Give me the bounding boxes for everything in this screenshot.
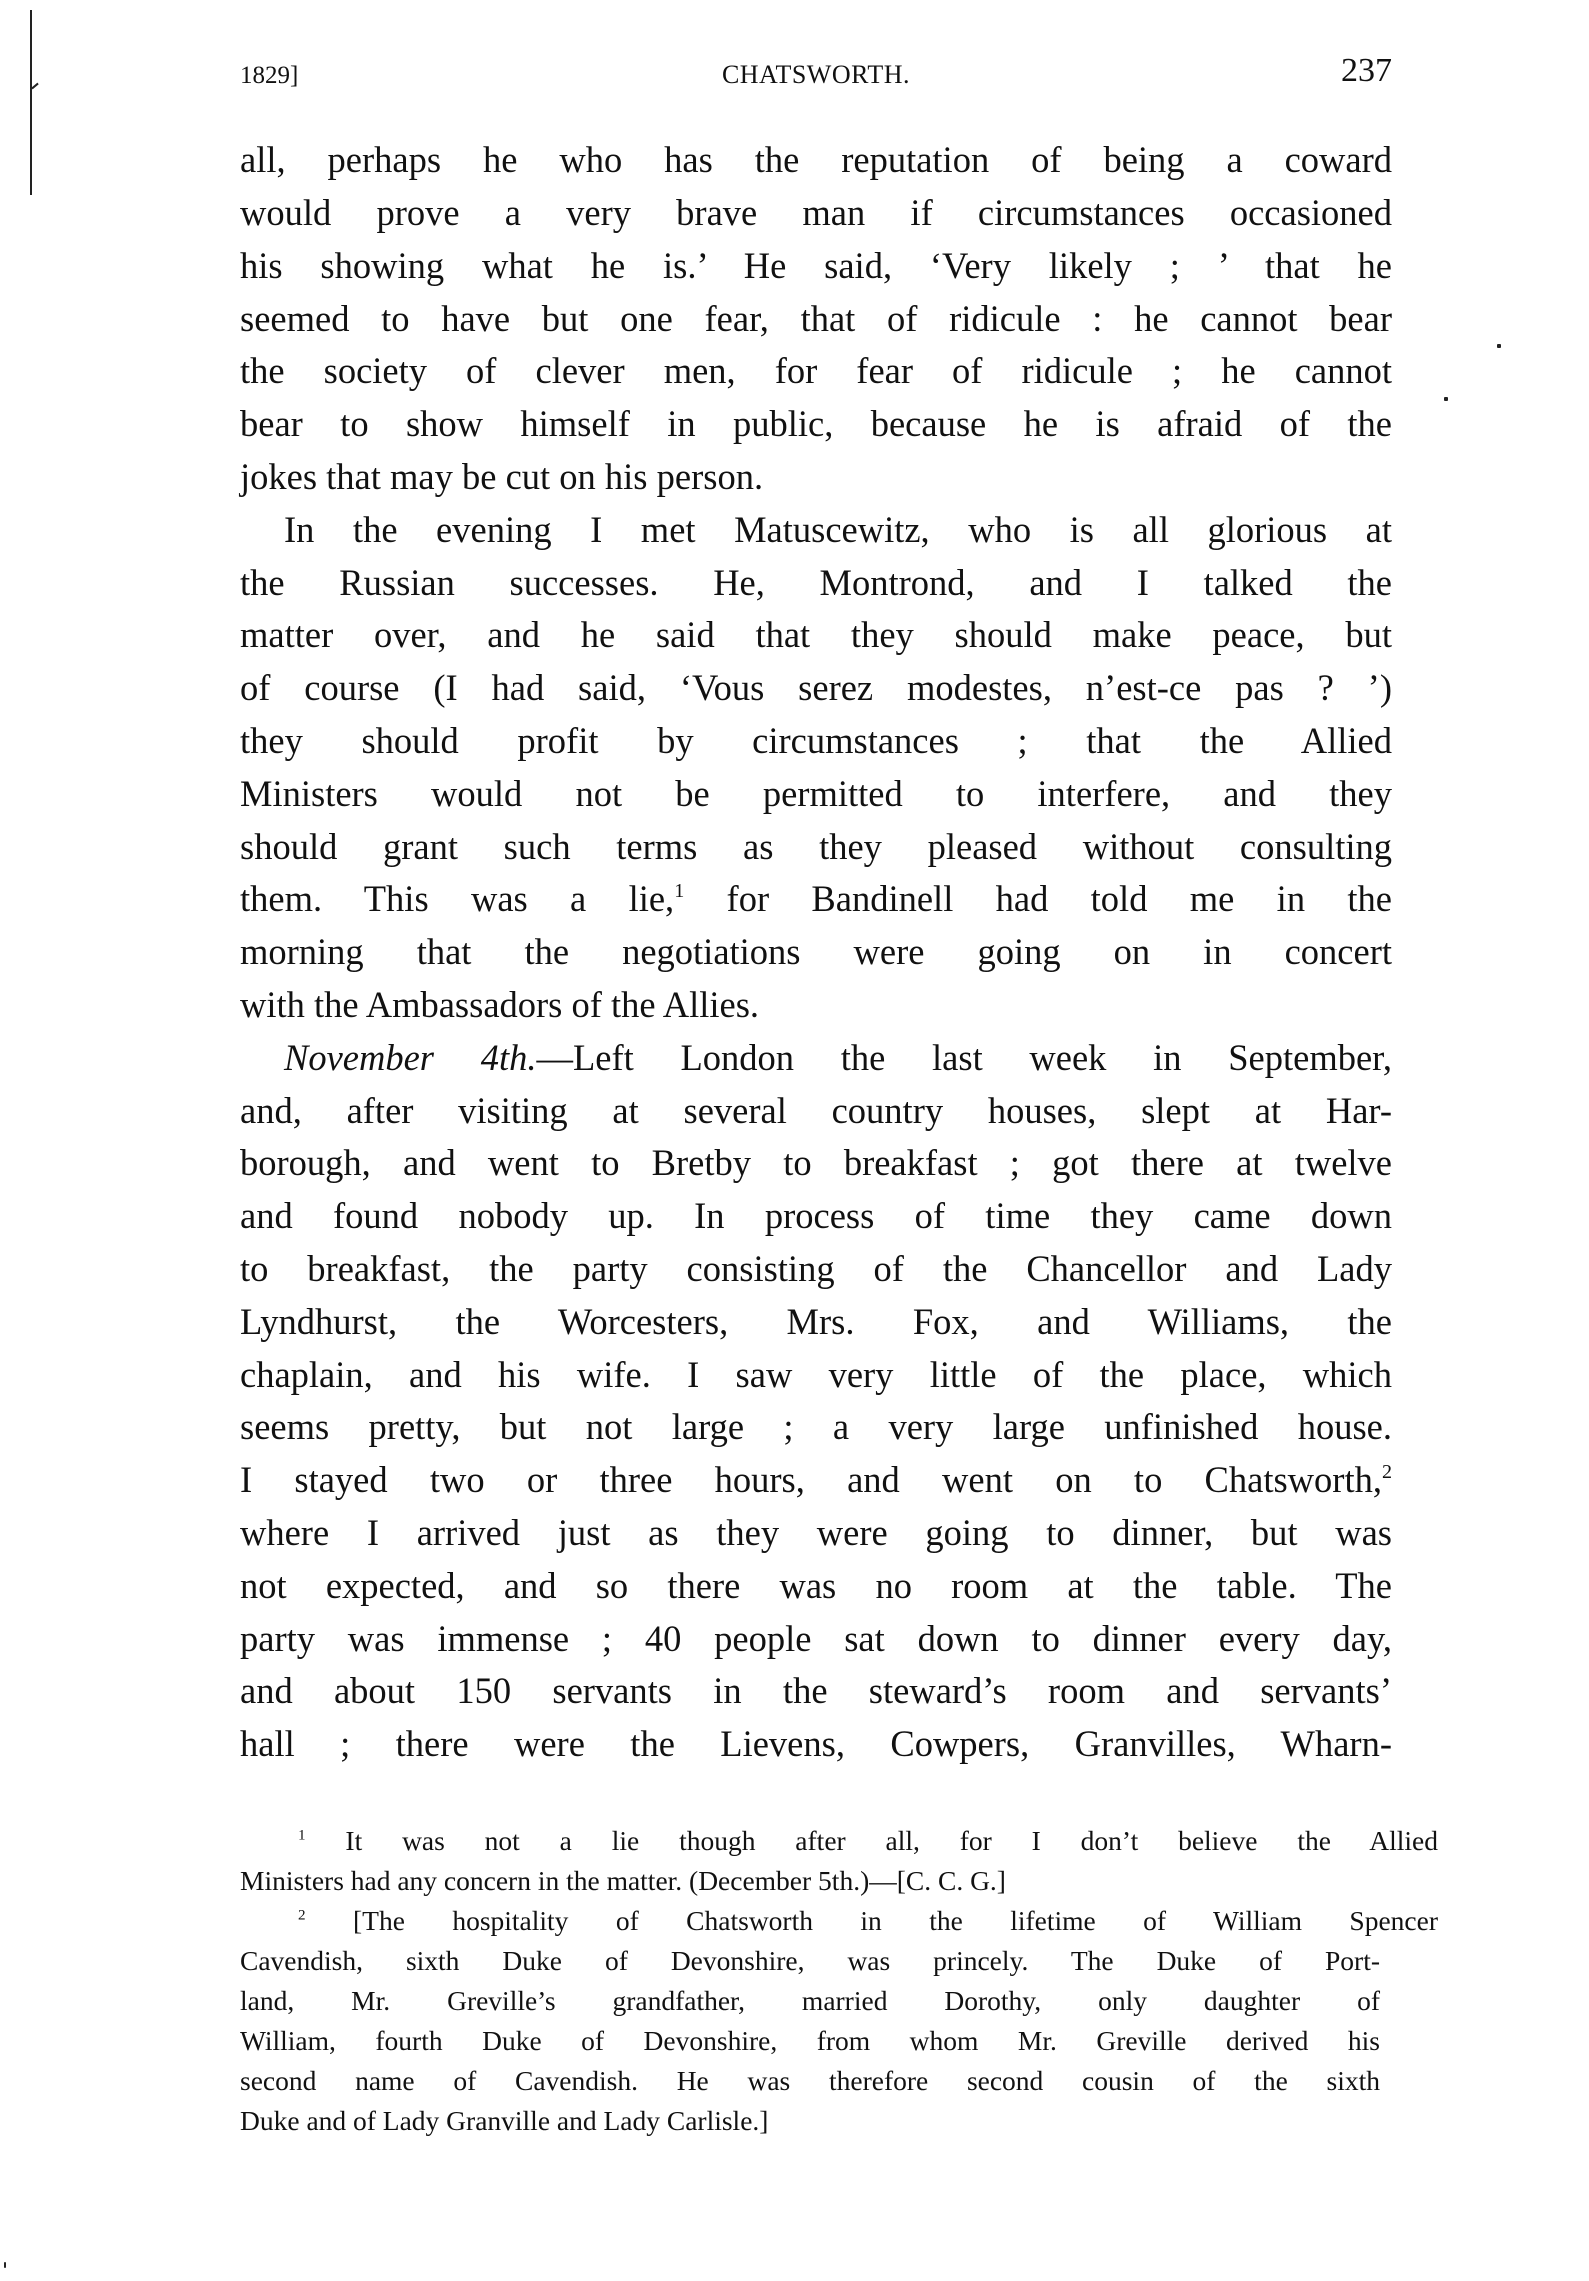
body-line: not expected, and so there was no room a…: [240, 1568, 1392, 1608]
body-line: of course (I had said, ‘Vous serez modes…: [240, 670, 1392, 710]
body-line: they should profit by circumstances ; th…: [240, 723, 1392, 763]
body-line: hall ; there were the Lievens, Cowpers, …: [240, 1726, 1392, 1766]
body-text-span: for Bandinell had told me in the: [684, 878, 1392, 919]
body-line: party was immense ; 40 people sat down t…: [240, 1621, 1392, 1661]
scan-speck: [1444, 397, 1448, 401]
body-line: bear to show himself in public, because …: [240, 406, 1392, 446]
body-line: and found nobody up. In process of time …: [240, 1198, 1392, 1238]
body-line: with the Ambassadors of the Allies.: [240, 987, 1392, 1027]
body-line: jokes that may be cut on his person.: [240, 459, 1392, 499]
footnote-ref[interactable]: 2: [1382, 1461, 1392, 1483]
body-line: Lyndhurst, the Worcesters, Mrs. Fox, and…: [240, 1304, 1392, 1344]
footnote-2: 2 [The hospitality of Chatsworth in the …: [240, 1907, 1438, 1937]
footnote-line: Duke and of Lady Granville and Lady Carl…: [240, 2107, 1380, 2137]
scan-speck: [4, 2262, 6, 2268]
body-line: his showing what he is.’ He said, ‘Very …: [240, 248, 1392, 288]
body-line: morning that the negotiations were going…: [240, 934, 1392, 974]
running-header: 1829] CHATSWORTH. 237: [240, 52, 1392, 88]
scan-margin-line: [30, 10, 32, 195]
header-title: CHATSWORTH.: [240, 62, 1392, 88]
body-line: should grant such terms as they pleased …: [240, 829, 1392, 869]
body-line: all, perhaps he who has the reputation o…: [240, 142, 1392, 182]
paragraph-start-line: November 4th.—Left London the last week …: [240, 1040, 1392, 1080]
body-line: Ministers would not be permitted to inte…: [240, 776, 1392, 816]
body-line: matter over, and he said that they shoul…: [240, 617, 1392, 657]
footnote-text: It was not a lie though after all, for I…: [306, 1825, 1438, 1856]
body-line: seemed to have but one fear, that of rid…: [240, 301, 1392, 341]
diary-date: November 4th.: [284, 1037, 536, 1078]
paragraph-start-line: In the evening I met Matuscewitz, who is…: [240, 512, 1392, 552]
scan-margin-mark: [31, 83, 38, 90]
body-line: to breakfast, the party consisting of th…: [240, 1251, 1392, 1291]
footnote-marker: 2: [298, 1907, 306, 1923]
body-line: chaplain, and his wife. I saw very littl…: [240, 1357, 1392, 1397]
page-number: 237: [1341, 54, 1392, 88]
footnote-ref[interactable]: 1: [674, 880, 684, 902]
book-page: 1829] CHATSWORTH. 237 all, perhaps he wh…: [0, 0, 1589, 2281]
body-line: I stayed two or three hours, and went on…: [240, 1462, 1392, 1502]
footnote-marker: 1: [298, 1827, 306, 1843]
body-line: seems pretty, but not large ; a very lar…: [240, 1409, 1392, 1449]
footnote-line: second name of Cavendish. He was therefo…: [240, 2067, 1380, 2097]
body-text-span: —Left London the last week in September,: [536, 1037, 1392, 1078]
footnote-line: Ministers had any concern in the matter.…: [240, 1867, 1380, 1897]
body-line: them. This was a lie,1 for Bandinell had…: [240, 881, 1392, 921]
body-line: borough, and went to Bretby to breakfast…: [240, 1145, 1392, 1185]
body-line: would prove a very brave man if circumst…: [240, 195, 1392, 235]
body-text-span: them. This was a lie,: [240, 878, 674, 919]
footnote-text: [The hospitality of Chatsworth in the li…: [306, 1905, 1438, 1936]
footnote-line: William, fourth Duke of Devonshire, from…: [240, 2027, 1380, 2057]
body-line: the society of clever men, for fear of r…: [240, 353, 1392, 393]
footnote-line: Cavendish, sixth Duke of Devonshire, was…: [240, 1947, 1380, 1977]
footnote-line: land, Mr. Greville’s grandfather, marrie…: [240, 1987, 1380, 2017]
footnote-1: 1 It was not a lie though after all, for…: [240, 1827, 1438, 1857]
body-line: where I arrived just as they were going …: [240, 1515, 1392, 1555]
body-line: and about 150 servants in the steward’s …: [240, 1673, 1392, 1713]
body-text-span: I stayed two or three hours, and went on…: [240, 1459, 1382, 1500]
scan-speck: [1497, 344, 1501, 348]
body-line: and, after visiting at several country h…: [240, 1093, 1392, 1133]
body-line: the Russian successes. He, Montrond, and…: [240, 565, 1392, 605]
